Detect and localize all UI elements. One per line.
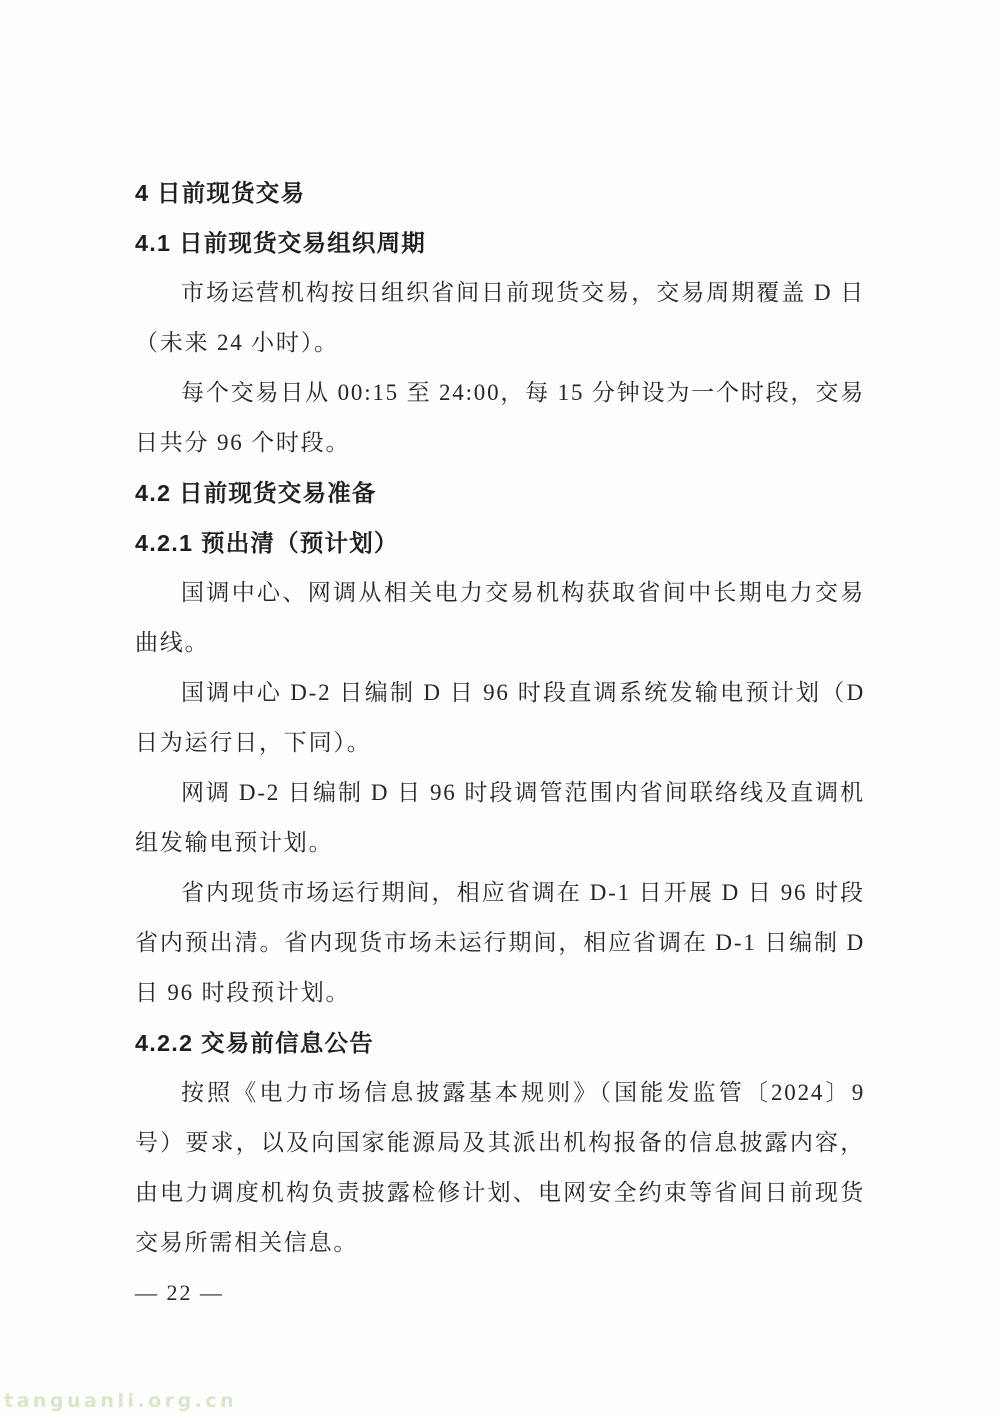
document-page: 4 日前现货交易 4.1 日前现货交易组织周期 市场运营机构按日组织省间日前现货… xyxy=(0,0,1000,1414)
section-heading-4-2-2: 4.2.2 交易前信息公告 xyxy=(135,1018,865,1068)
paragraph-trading-cycle: 市场运营机构按日组织省间日前现货交易，交易周期覆盖 D 日（未来 24 小时）。 xyxy=(135,268,865,368)
document-content: 4 日前现货交易 4.1 日前现货交易组织周期 市场运营机构按日组织省间日前现货… xyxy=(135,168,865,1318)
page-number: — 22 — xyxy=(135,1268,865,1318)
section-heading-4-1: 4.1 日前现货交易组织周期 xyxy=(135,218,865,268)
paragraph-national-dispatch-plan: 国调中心 D-2 日编制 D 日 96 时段直调系统发输电预计划（D 日为运行日… xyxy=(135,668,865,768)
paragraph-grid-dispatch-plan: 网调 D-2 日编制 D 日 96 时段调管范围内省间联络线及直调机组发输电预计… xyxy=(135,768,865,868)
section-heading-4-2: 4.2 日前现货交易准备 xyxy=(135,468,865,518)
paragraph-time-segments: 每个交易日从 00:15 至 24:00，每 15 分钟设为一个时段，交易日共分… xyxy=(135,368,865,468)
paragraph-curve-acquisition: 国调中心、网调从相关电力交易机构获取省间中长期电力交易曲线。 xyxy=(135,568,865,668)
section-heading-4: 4 日前现货交易 xyxy=(135,168,865,218)
paragraph-provincial-preclearing: 省内现货市场运行期间，相应省调在 D-1 日开展 D 日 96 时段省内预出清。… xyxy=(135,868,865,1018)
watermark-site-text: tanguanli.org.cn xyxy=(4,1390,237,1412)
section-heading-4-2-1: 4.2.1 预出清（预计划） xyxy=(135,518,865,568)
paragraph-information-disclosure: 按照《电力市场信息披露基本规则》（国能发监管〔2024〕9 号）要求，以及向国家… xyxy=(135,1068,865,1268)
